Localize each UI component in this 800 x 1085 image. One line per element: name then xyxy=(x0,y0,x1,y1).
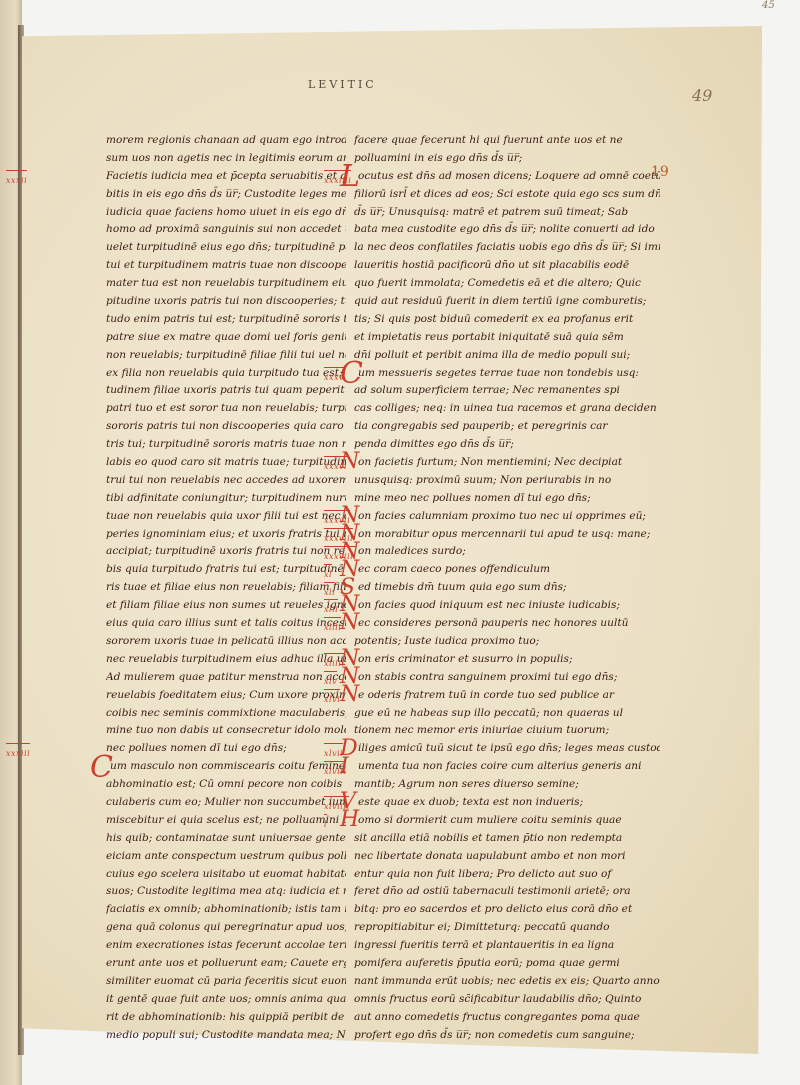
text-line: Ad mulierem quae patitur menstrua non ac… xyxy=(106,669,346,687)
text-line: um messueris segetes terrae tuae non ton… xyxy=(354,365,660,383)
text-line: sit ancilla etiā nobilis et tamen p̄tio … xyxy=(354,830,660,848)
text-line: omnis fructus eorū sc̄ificabitur laudabi… xyxy=(354,991,660,1009)
rubricated-initial: N xyxy=(340,612,359,634)
text-line: nant immunda erūt uobis; nec edetis ex e… xyxy=(354,973,660,991)
text-line: erunt ante uos et polluerunt eam; Cauete… xyxy=(106,955,346,973)
text-line: laueritis hostiā pacificorū dn̄o ut sit … xyxy=(354,257,660,275)
text-line: trui tui non reuelabis nec accedes ad ux… xyxy=(106,472,346,490)
text-line: suos; Custodite legitima mea atq: iudici… xyxy=(106,883,346,901)
text-line: polluamini in eis ego dn̄s d̄s u̅r̅; xyxy=(354,150,660,168)
text-line: ex filia non reuelabis quia turpitudo tu… xyxy=(106,365,346,383)
text-line: rit de abhominationib: his quippiā perib… xyxy=(106,1009,346,1027)
text-line: his quib; contaminatae sunt uniuersae ge… xyxy=(106,830,346,848)
text-line: entur quia non fuit libera; Pro delicto … xyxy=(354,866,660,884)
text-line: morem regionis chanaan ad quam ego intro… xyxy=(106,132,346,150)
text-line: iliges amicū tuū sicut te ipsū ego dn̄s;… xyxy=(354,740,660,758)
text-line: tis; Si quis post biduū comederit ex ea … xyxy=(354,311,660,329)
text-line: sororis patris tui non discooperies quia… xyxy=(106,418,346,436)
text-line: tia congregabis sed pauperib; et peregri… xyxy=(354,418,660,436)
text-line: et filiam filiae eius non sumes ut reuel… xyxy=(106,597,346,615)
text-line: mantib; Agrum non seres diuerso semine; xyxy=(354,776,660,794)
text-line: omo si dormierit cum muliere coitu semin… xyxy=(354,812,660,830)
text-line: tudinem filiae uxoris patris tui quam pe… xyxy=(106,382,346,400)
text-line: it gentē quae fuit ante uos; omnis anima… xyxy=(106,991,346,1009)
text-line: e oderis fratrem tuū in corde tuo sed pu… xyxy=(354,687,660,705)
text-line: patre siue ex matre quae domi uel foris … xyxy=(106,329,346,347)
text-line: ad solum superficiem terrae; Nec remanen… xyxy=(354,382,660,400)
text-line: gue eū ne habeas sup illo peccatū; non q… xyxy=(354,705,660,723)
text-line: patri tuo et est soror tua non reuelabis… xyxy=(106,400,346,418)
text-line: et impietatis reus portabit iniquitatē s… xyxy=(354,329,660,347)
text-line: mater tua est non reuelabis turpitudinem… xyxy=(106,275,346,293)
text-line: on stabis contra sanguinem proximi tui e… xyxy=(354,669,660,687)
text-line: on morabitur opus mercennarii tui apud t… xyxy=(354,526,660,544)
text-line: bata mea custodite ego dn̄s d̄s u̅r̅; no… xyxy=(354,221,660,239)
text-line: este quae ex duob; texta est non indueri… xyxy=(354,794,660,812)
text-line: unusquisq: proximū suum; Non periurabis … xyxy=(354,472,660,490)
text-line: reuelabis foeditatem eius; Cum uxore pro… xyxy=(106,687,346,705)
text-line: gena quā colonus qui peregrinatur apud u… xyxy=(106,919,346,937)
chapter-number: xlviiii xyxy=(324,798,349,816)
text-line: homo ad proximā sanguinis sui non accede… xyxy=(106,221,346,239)
text-line: tibi adfinitate coniungitur; turpitudine… xyxy=(106,490,346,508)
chapter-number: xxxiiii xyxy=(324,172,351,190)
text-line: tionem nec memor eris iniuriae ciuium tu… xyxy=(354,722,660,740)
text-line: potentis; Iuste iudica proximo tuo; xyxy=(354,633,660,651)
text-line: faciatis ex omnib; abhominationib; istis… xyxy=(106,901,346,919)
text-line: tudo enim patris tui est; turpitudinē so… xyxy=(106,311,346,329)
text-line: labis eo quod caro sit matris tuae; turp… xyxy=(106,454,346,472)
text-line: filiorū isrl̄ et dices ad eos; Sci estot… xyxy=(354,186,660,204)
text-line: cuius ego scelera uisitabo ut euomat hab… xyxy=(106,866,346,884)
rubricated-initial: C xyxy=(90,753,113,783)
text-line: on facies calumniam proximo tuo nec ui o… xyxy=(354,508,660,526)
text-line: la nec deos conflatiles faciatis uobis e… xyxy=(354,239,660,257)
text-line: similiter euomat cū paria feceritis sicu… xyxy=(106,973,346,991)
right-text-column: facere quae fecerunt hi qui fuerunt ante… xyxy=(354,132,660,1044)
text-line: d̄s u̅r̅; Unusquisq: matrē et patrem suū… xyxy=(354,204,660,222)
chapter-number: xlviii xyxy=(324,763,346,781)
text-line: eiciam ante conspectum uestrum quibus po… xyxy=(106,848,346,866)
text-line: abhominatio est; Cū omni pecore non coib… xyxy=(106,776,346,794)
text-line: culaberis cum eo; Mulier non succumbet i… xyxy=(106,794,346,812)
chapter-number: l xyxy=(324,816,327,834)
text-line: peries ignominiam eius; et uxoris fratri… xyxy=(106,526,346,544)
running-title: LEVITIC xyxy=(308,78,377,91)
text-line: pitudine uxoris patris tui non discooper… xyxy=(106,293,346,311)
text-line: ris tuae et filiae eius non reuelabis; f… xyxy=(106,579,346,597)
text-line: aut anno comedetis fructus congregantes … xyxy=(354,1009,660,1027)
text-line: nec reuelabis turpitudinem eius adhuc il… xyxy=(106,651,346,669)
text-line: non reuelabis; turpitudinē filiae filii … xyxy=(106,347,346,365)
text-line: iudicia quae faciens homo uiuet in eis e… xyxy=(106,204,346,222)
text-line: on facietis furtum; Non mentiemini; Nec … xyxy=(354,454,660,472)
text-line: pomifera auferetis p̄putia eorū; poma qu… xyxy=(354,955,660,973)
chapter-number: xlvi xyxy=(324,691,340,709)
text-line: coibis nec seminis commixtione maculaber… xyxy=(106,705,346,723)
text-line: uelet turpitudinē eius ego dn̄s; turpitu… xyxy=(106,239,346,257)
text-line: bitis in eis ego dn̄s d̄s u̅r̅; Custodit… xyxy=(106,186,346,204)
rubricated-initial: N xyxy=(340,684,359,706)
chapter-number: xxxiii xyxy=(6,745,30,763)
text-line: ed timebis dm̄ tuum quia ego sum dn̄s; xyxy=(354,579,660,597)
text-line: quo fuerit immolata; Comedetis eā et die… xyxy=(354,275,660,293)
text-line: facere quae fecerunt hi qui fuerunt ante… xyxy=(354,132,660,150)
corner-folio-number: 45 xyxy=(762,0,775,11)
text-line: penda dimittes ego dn̄s d̄s u̅r̅; xyxy=(354,436,660,454)
text-line: on eris criminator et susurro in populis… xyxy=(354,651,660,669)
text-line: sum uos non agetis nec in legitimis eoru… xyxy=(106,150,346,168)
text-line: profert ego dn̄s d̄s u̅r̅; non comedetis… xyxy=(354,1027,660,1045)
text-line: on facies quod iniquum est nec iniuste i… xyxy=(354,597,660,615)
text-line: quid aut residuū fuerit in diem tertiū i… xyxy=(354,293,660,311)
text-line: mine tuo non dabis ut consecretur idolo … xyxy=(106,722,346,740)
left-text-column: morem regionis chanaan ad quam ego intro… xyxy=(106,132,346,1044)
text-line: bitq: pro eo sacerdos et pro delicto eiu… xyxy=(354,901,660,919)
text-line: ec consideres personā pauperis nec honor… xyxy=(354,615,660,633)
chapter-number: xliii xyxy=(324,619,341,637)
folio-number: 49 xyxy=(692,86,712,105)
text-line: ec coram caeco pones offendiculum xyxy=(354,561,660,579)
text-line: on maledices surdo; xyxy=(354,543,660,561)
text-line: nec pollues nomen dī tui ego dn̄s; xyxy=(106,740,346,758)
text-line: bis quia turpitudo fratris tui est; turp… xyxy=(106,561,346,579)
text-line: ocutus est dn̄s ad mosen dicens; Loquere… xyxy=(354,168,660,186)
text-line: Facietis iudicia mea et p̄cepta seruabit… xyxy=(106,168,346,186)
text-line: nec libertate donata uapulabunt ambo et … xyxy=(354,848,660,866)
text-line: tris tui; turpitudinē sororis matris tua… xyxy=(106,436,346,454)
text-line: ingressi fueritis terrā et plantaueritis… xyxy=(354,937,660,955)
chapter-number: xxxii xyxy=(6,172,27,190)
text-line: medio populi sui; Custodite mandata mea;… xyxy=(106,1027,346,1045)
chapter-number: xxxv xyxy=(324,369,344,387)
text-line: feret dn̄o ad ostiū tabernaculi testimon… xyxy=(354,883,660,901)
text-line: repropitiabitur ei; Dimitteturq: peccatū… xyxy=(354,919,660,937)
text-line: miscebitur ei quia scelus est; ne pollua… xyxy=(106,812,346,830)
text-line: um masculo non commiscearis coitu femine… xyxy=(106,758,346,776)
text-line: accipiat; turpitudinē uxoris fratris tui… xyxy=(106,543,346,561)
text-line: tui et turpitudinem matris tuae non disc… xyxy=(106,257,346,275)
text-line: tuae non reuelabis quia uxor filii tui e… xyxy=(106,508,346,526)
text-line: cas colliges; neq: in uinea tua racemos … xyxy=(354,400,660,418)
text-line: dn̄i polluit et peribit anima illa de me… xyxy=(354,347,660,365)
text-line: sororem uxoris tuae in pelicatū illius n… xyxy=(106,633,346,651)
text-line: enim execrationes istas fecerunt accolae… xyxy=(106,937,346,955)
text-line: eius quia caro illius sunt et talis coit… xyxy=(106,615,346,633)
text-line: umenta tua non facies coire cum alterius… xyxy=(354,758,660,776)
chapter-number: xxxvi xyxy=(324,458,347,476)
text-line: mine meo nec pollues nomen dī tui ego dn… xyxy=(354,490,660,508)
